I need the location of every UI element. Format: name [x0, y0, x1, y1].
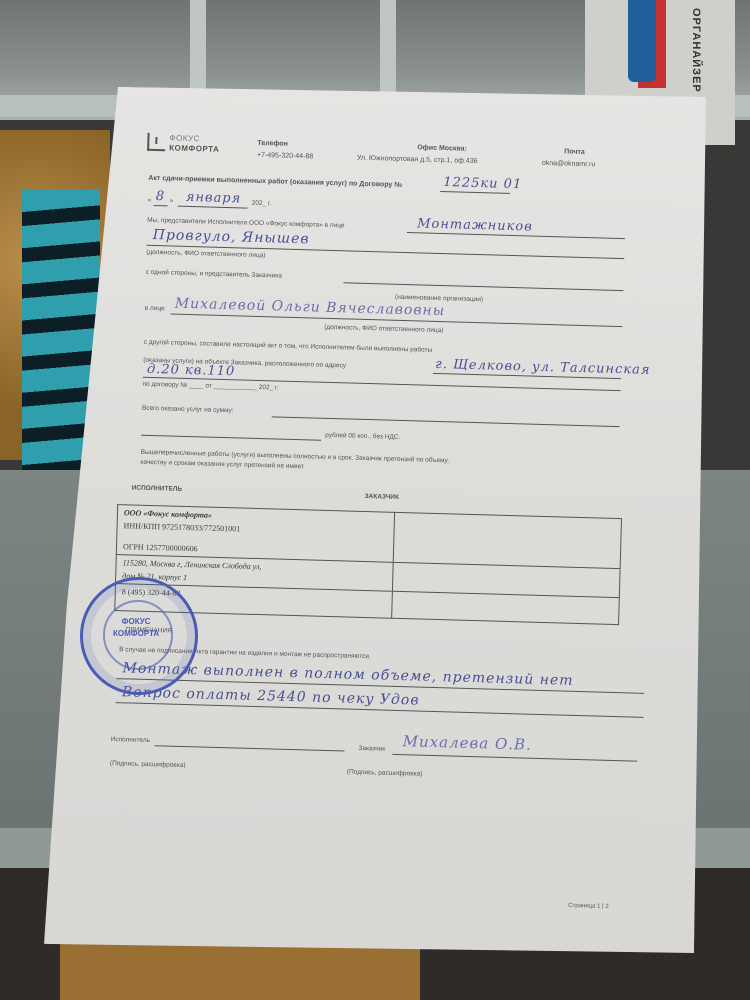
executor-caption: (должность, ФИО ответственного лица) [146, 249, 265, 259]
executor-signature-line [154, 745, 344, 751]
customer-details [393, 512, 621, 568]
document: ФОКУС КОМФОРТА Телефон +7-495-320-44-88 … [98, 118, 680, 933]
date-open-quote: « [148, 197, 152, 204]
company-stamp: ФОКУС КОМФОРТА [80, 577, 198, 695]
customer-signature-caption: (Подпись, расшифровка) [347, 769, 423, 778]
customer-org-line [343, 282, 623, 291]
date-day-line [154, 205, 168, 206]
company-logo-icon [147, 133, 165, 151]
total-words-line [141, 435, 321, 441]
executor-signature-label: Исполнитель [111, 736, 151, 744]
executor-inn: ИНН/КПП 9725178033/772501001 [123, 521, 387, 537]
date-day-handwritten: 8 [156, 189, 166, 204]
executor-name-handwritten: Монтажников [417, 216, 533, 234]
logo-text: КОМФОРТА [169, 143, 219, 153]
contract-number-handwritten: 1225ки 01 [443, 175, 522, 192]
customer-signature-label: Заказчик [358, 745, 385, 753]
total-line [272, 416, 620, 427]
logo-text: ФОКУС [169, 133, 200, 143]
customer-signature-line [392, 754, 637, 762]
header-office: Офис Москва: Ул. Южнопортовая д.5, стр.1… [357, 143, 478, 165]
page-number: Страница 1 | 2 [568, 903, 609, 910]
contract-reference: по договору № ____ от ____________ 202_ … [142, 381, 278, 392]
customer-column-heading: ЗАКАЗЧИК [364, 493, 399, 501]
executor-column-heading: ИСПОЛНИТЕЛЬ [132, 484, 183, 492]
customer-person-prefix: в лице [145, 305, 165, 313]
address-handwritten-2: д.20 кв.110 [147, 362, 236, 379]
customer-person-caption: (должность, ФИО ответственного лица) [324, 324, 443, 334]
customer-signature-handwritten: Михалева О.В. [402, 732, 532, 754]
date-year: 202_ г. [252, 200, 272, 208]
completed-paragraph-2: качеству и срокам оказания услуг претенз… [140, 459, 305, 471]
paragraph-other-side: с другой стороны, составили настоящий ак… [144, 339, 433, 354]
date-month-handwritten: января [186, 190, 242, 207]
customer-intro: с одной стороны, и представитель Заказчи… [146, 269, 282, 280]
total-label: Всего оказано услуг на сумму: [142, 405, 234, 415]
customer-phone-cell [392, 591, 619, 624]
executor-name-handwritten-2: Провгуло, Янышев [153, 227, 310, 247]
stamp-text: ФОКУС КОМФОРТА [113, 616, 159, 640]
executor-signature-caption: (Подпись, расшифровка) [110, 760, 186, 769]
date-close-quote: » [170, 197, 174, 204]
tool-handle [628, 0, 656, 82]
executor-details: ООО «Фокус комфорта» ИНН/КПП 9725178033/… [116, 505, 394, 563]
rubles-text: рублей 00 коп., без НДС. [325, 432, 400, 441]
header-mail: Почта okna@oknamr.ru [542, 148, 596, 168]
header-phone: Телефон +7-495-320-44-88 [257, 140, 314, 161]
